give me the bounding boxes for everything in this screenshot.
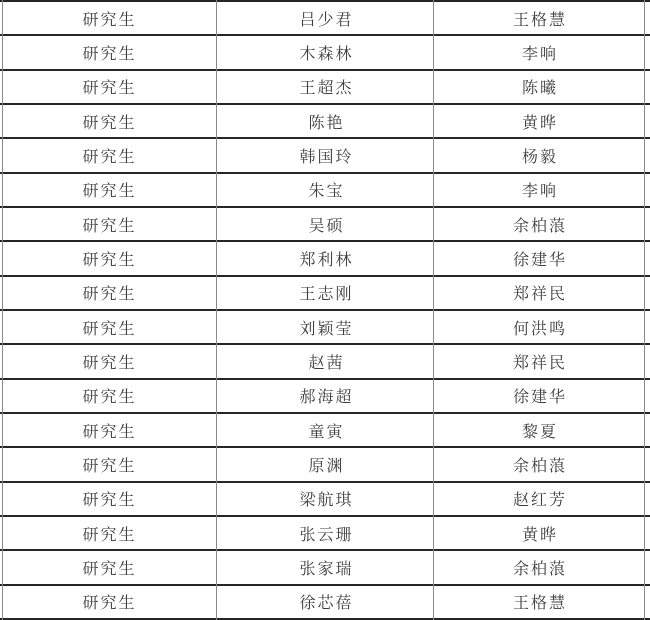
table-row: 研究生 张家瑞 余柏蒗 (0, 551, 650, 585)
cell-student-name: 徐芯蓓 (217, 586, 434, 618)
cell-student-name: 王超杰 (217, 71, 434, 103)
cell-advisor-name: 余柏蒗 (434, 551, 644, 583)
cell-advisor-name: 王格慧 (434, 2, 644, 34)
cell-student-category: 研究生 (0, 2, 217, 34)
cell-advisor-name: 黄晔 (434, 105, 644, 137)
cell-advisor-name: 徐建华 (434, 380, 644, 412)
cell-student-name: 木森林 (217, 36, 434, 68)
document-table: 研究生 吕少君 王格慧 研究生 木森林 李响 研究生 王超杰 陈曦 研究生 陈艳… (0, 0, 650, 620)
cell-student-category: 研究生 (0, 345, 217, 377)
table-row: 研究生 徐芯蓓 王格慧 (0, 586, 650, 620)
cell-student-name: 陈艳 (217, 105, 434, 137)
cell-student-name: 梁航琪 (217, 483, 434, 515)
table-row: 研究生 原渊 余柏蒗 (0, 448, 650, 482)
table-row: 研究生 朱宝 李响 (0, 174, 650, 208)
cell-student-name: 原渊 (217, 448, 434, 480)
cell-advisor-name: 何洪鸣 (434, 311, 644, 343)
cell-student-category: 研究生 (0, 380, 217, 412)
cell-student-name: 朱宝 (217, 174, 434, 206)
table-vertical-border-left (2, 0, 3, 620)
cell-student-name: 吴硕 (217, 208, 434, 240)
cell-advisor-name: 余柏蒗 (434, 448, 644, 480)
cell-student-category: 研究生 (0, 414, 217, 446)
cell-student-category: 研究生 (0, 551, 217, 583)
table-row: 研究生 王超杰 陈曦 (0, 71, 650, 105)
table-row: 研究生 木森林 李响 (0, 36, 650, 70)
cell-student-category: 研究生 (0, 174, 217, 206)
cell-student-name: 郝海超 (217, 380, 434, 412)
cell-student-category: 研究生 (0, 139, 217, 171)
table-row: 研究生 郑利林 徐建华 (0, 242, 650, 276)
table-row: 研究生 吴硕 余柏蒗 (0, 208, 650, 242)
cell-student-name: 刘颖莹 (217, 311, 434, 343)
cell-student-name: 张云珊 (217, 517, 434, 549)
cell-student-category: 研究生 (0, 586, 217, 618)
cell-student-category: 研究生 (0, 36, 217, 68)
cell-student-category: 研究生 (0, 105, 217, 137)
cell-student-category: 研究生 (0, 242, 217, 274)
cell-student-name: 郑利林 (217, 242, 434, 274)
table-rows-container: 研究生 吕少君 王格慧 研究生 木森林 李响 研究生 王超杰 陈曦 研究生 陈艳… (0, 0, 650, 620)
cell-advisor-name: 黄晔 (434, 517, 644, 549)
cell-advisor-name: 徐建华 (434, 242, 644, 274)
cell-advisor-name: 黎夏 (434, 414, 644, 446)
cell-student-category: 研究生 (0, 208, 217, 240)
table-row: 研究生 刘颖莹 何洪鸣 (0, 311, 650, 345)
cell-advisor-name: 赵红芳 (434, 483, 644, 515)
cell-advisor-name: 郑祥民 (434, 277, 644, 309)
table-row: 研究生 韩国玲 杨毅 (0, 139, 650, 173)
table-row: 研究生 赵茜 郑祥民 (0, 345, 650, 379)
cell-student-category: 研究生 (0, 517, 217, 549)
cell-advisor-name: 李响 (434, 174, 644, 206)
cell-advisor-name: 余柏蒗 (434, 208, 644, 240)
table-vertical-border-col1-col2 (216, 0, 217, 620)
cell-student-category: 研究生 (0, 448, 217, 480)
table-row: 研究生 王志刚 郑祥民 (0, 277, 650, 311)
cell-advisor-name: 李响 (434, 36, 644, 68)
cell-advisor-name: 杨毅 (434, 139, 644, 171)
cell-student-category: 研究生 (0, 277, 217, 309)
table-row: 研究生 童寅 黎夏 (0, 414, 650, 448)
cell-student-name: 王志刚 (217, 277, 434, 309)
cell-student-name: 童寅 (217, 414, 434, 446)
table-vertical-border-right (644, 0, 645, 620)
table-row: 研究生 郝海超 徐建华 (0, 380, 650, 414)
cell-advisor-name: 王格慧 (434, 586, 644, 618)
table-row: 研究生 吕少君 王格慧 (0, 2, 650, 36)
table-row: 研究生 梁航琪 赵红芳 (0, 483, 650, 517)
cell-student-name: 吕少君 (217, 2, 434, 34)
cell-student-name: 赵茜 (217, 345, 434, 377)
cell-student-category: 研究生 (0, 311, 217, 343)
cell-student-category: 研究生 (0, 71, 217, 103)
cell-student-name: 韩国玲 (217, 139, 434, 171)
cell-student-name: 张家瑞 (217, 551, 434, 583)
table-vertical-border-col2-col3 (433, 0, 434, 620)
table-row: 研究生 陈艳 黄晔 (0, 105, 650, 139)
table-row: 研究生 张云珊 黄晔 (0, 517, 650, 551)
cell-advisor-name: 陈曦 (434, 71, 644, 103)
cell-student-category: 研究生 (0, 483, 217, 515)
cell-advisor-name: 郑祥民 (434, 345, 644, 377)
